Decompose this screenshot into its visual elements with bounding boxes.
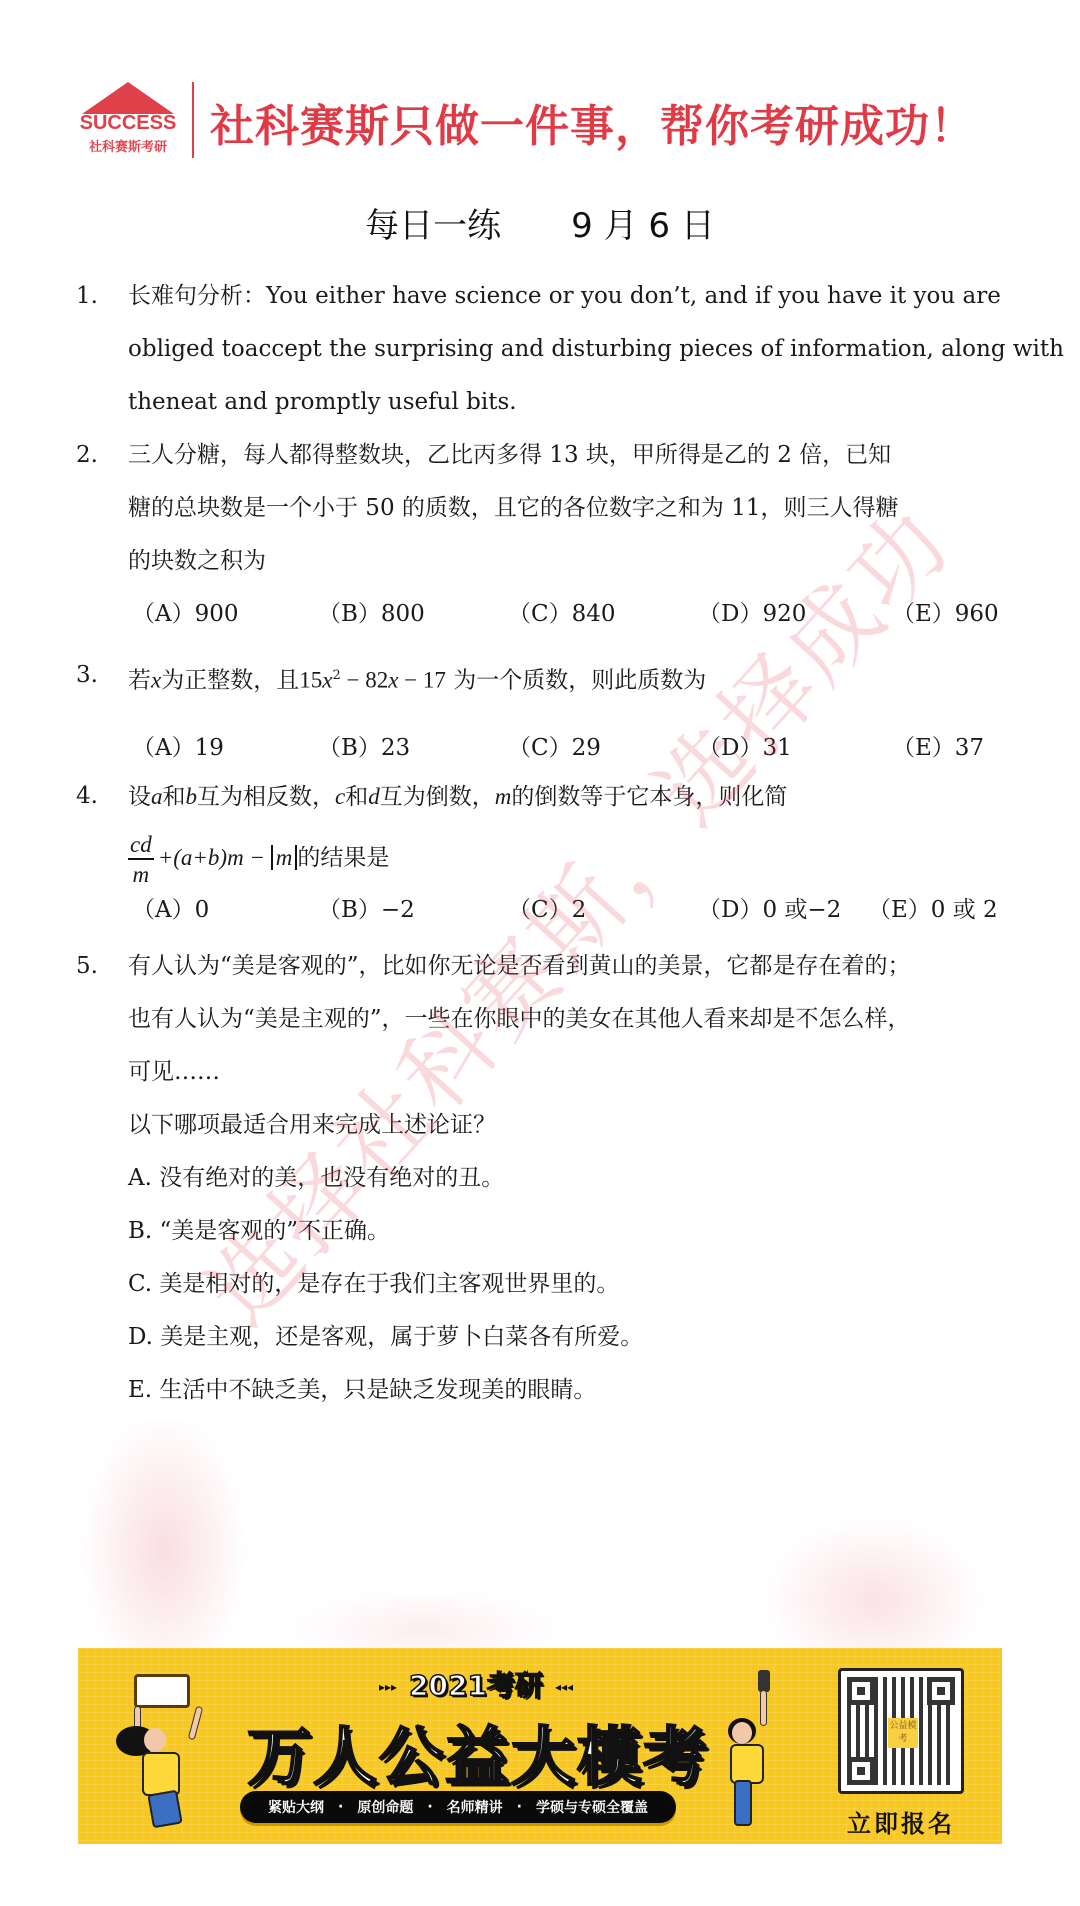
fraction: cdm <box>128 833 154 886</box>
answer-options: （A）19 （B）23 （C）29 （D）31 （E）37 <box>132 722 1016 775</box>
question-text-line: 糖的总块数是一个小于 50 的质数，且它的各位数字之和为 11，则三人得糖 <box>128 482 1016 535</box>
math-var: m <box>495 784 512 809</box>
question-prompt: 以下哪项最适合用来完成上述论证？ <box>128 1099 1016 1152</box>
option-e[interactable]: （E）960 <box>892 588 999 641</box>
phone-girl-illustration <box>718 1662 798 1838</box>
numerator: cd <box>128 833 154 860</box>
question-text-line: 可见…… <box>128 1046 1016 1099</box>
jumping-girl-illustration <box>114 1668 234 1838</box>
text: 若 <box>128 668 151 694</box>
qr-finder <box>927 1677 955 1705</box>
math-var: c <box>335 784 345 809</box>
math-var: d <box>368 784 380 809</box>
option-b[interactable]: （B）800 <box>318 588 508 641</box>
option-d[interactable]: （D）0 或−2 <box>698 884 868 937</box>
qr-pattern: 公益模考 <box>847 1677 955 1785</box>
arm <box>188 1706 204 1741</box>
math-var: a <box>151 784 163 809</box>
question-number: 5. <box>76 940 116 993</box>
question-5: 5. 有人认为“美是客观的”，比如你无论是否看到黄山的美景，它都是存在着的； 也… <box>76 940 1016 1417</box>
separator: · <box>338 1799 343 1815</box>
title-date: 9 月 6 日 <box>571 198 715 247</box>
math-coef: − 82 <box>341 668 388 693</box>
sign-icon <box>134 1674 190 1708</box>
text: 互为相反数， <box>197 784 335 810</box>
question-number: 1. <box>76 270 116 323</box>
math-coef: 15 <box>299 668 322 693</box>
absolute-value: m <box>271 845 298 870</box>
option-c[interactable]: （C）29 <box>508 722 698 775</box>
question-text-line: obliged toaccept the surprising and dist… <box>128 323 1016 376</box>
option-e[interactable]: （E）37 <box>892 722 984 775</box>
shirt <box>730 1744 764 1784</box>
option-d[interactable]: D. 美是主观，还是客观，属于萝卜白菜各有所爱。 <box>128 1311 1016 1364</box>
text: 互为倒数， <box>380 784 495 810</box>
pants <box>734 1780 752 1826</box>
phone-icon <box>758 1670 770 1692</box>
feature: 紧贴大纲 <box>268 1797 324 1817</box>
option-c[interactable]: （C）840 <box>508 588 698 641</box>
question-text-line: 长难句分析：You either have science or you don… <box>128 270 1016 323</box>
logo-text-en: SUCCESS <box>74 112 182 135</box>
text: 为一个质数，则此质数为 <box>446 668 706 694</box>
option-d[interactable]: （D）31 <box>698 722 892 775</box>
option-a[interactable]: A. 没有绝对的美，也没有绝对的丑。 <box>128 1152 1016 1205</box>
question-text-line: 若x为正整数，且15x2 − 82x − 17 为一个质数，则此质数为 <box>128 649 1016 708</box>
text: 和 <box>345 784 368 810</box>
question-number: 3. <box>76 649 116 702</box>
option-a[interactable]: （A）900 <box>132 588 318 641</box>
text: 的结果是 <box>297 845 389 871</box>
page-header: SUCCESS 社科赛斯考研 社科赛斯只做一件事，帮你考研成功！ <box>74 80 1014 160</box>
option-c[interactable]: C. 美是相对的，是存在于我们主客观世界里的。 <box>128 1258 1016 1311</box>
question-number: 2. <box>76 429 116 482</box>
head <box>732 1722 752 1744</box>
feature: 原创命题 <box>357 1797 413 1817</box>
text: 设 <box>128 784 151 810</box>
question-text-line: 的块数之积为 <box>128 535 1016 588</box>
logo-text-cn: 社科赛斯考研 <box>74 136 182 155</box>
qr-finder <box>847 1677 875 1705</box>
arrows-right-icon: ▸▸▸ <box>379 1680 397 1694</box>
header-divider <box>192 82 194 158</box>
option-e[interactable]: （E）0 或 2 <box>868 884 998 937</box>
option-b[interactable]: （B）−2 <box>318 884 508 937</box>
answer-options: （A）900 （B）800 （C）840 （D）920 （E）960 <box>132 588 1016 641</box>
option-d[interactable]: （D）920 <box>698 588 892 641</box>
slogan: 社科赛斯只做一件事，帮你考研成功！ <box>210 90 975 154</box>
decorative-splash <box>74 1420 1014 1650</box>
arrows-left-icon: ◂◂◂ <box>555 1680 573 1694</box>
option-a[interactable]: （A）19 <box>132 722 318 775</box>
question-4: 4. 设a和b互为相反数，c和d互为倒数，m的倒数等于它本身，则化简 cdm+(… <box>76 770 1016 937</box>
qr-code[interactable]: 公益模考 <box>838 1668 964 1794</box>
denominator: m <box>128 860 154 886</box>
arm <box>760 1690 767 1726</box>
feature: 学硕与专硕全覆盖 <box>536 1797 648 1817</box>
math-const: − 17 <box>398 668 445 693</box>
question-text-line: 也有人认为“美是主观的”，一些在你眼中的美女在其他人看来却是不怎么样， <box>128 993 1016 1046</box>
question-2: 2. 三人分糖，每人都得整数块，乙比丙多得 13 块，甲所得是乙的 2 倍，已知… <box>76 429 1016 641</box>
math-var: x <box>151 668 161 693</box>
text: 为正整数，且 <box>161 668 299 694</box>
roof-icon <box>82 82 174 114</box>
feature: 名师精讲 <box>447 1797 503 1817</box>
register-button[interactable]: 立即报名 <box>838 1804 964 1839</box>
separator: · <box>517 1799 522 1815</box>
option-b[interactable]: B. “美是客观的”不正确。 <box>128 1205 1016 1258</box>
question-text-line: 设a和b互为相反数，c和d互为倒数，m的倒数等于它本身，则化简 <box>128 770 1016 824</box>
separator: · <box>427 1799 432 1815</box>
text: 和 <box>163 784 186 810</box>
text: 的倒数等于它本身，则化简 <box>511 784 787 810</box>
head <box>144 1728 166 1752</box>
promo-banner[interactable]: ▸▸▸2021考研◂◂◂ 万人公益大模考 紧贴大纲· 原创命题· 名师精讲· 学… <box>78 1648 1002 1844</box>
question-text-line: theneat and promptly useful bits. <box>128 376 1016 429</box>
qr-center-label: 公益模考 <box>888 1718 918 1748</box>
banner-features: 紧贴大纲· 原创命题· 名师精讲· 学硕与专硕全覆盖 <box>240 1791 676 1823</box>
math-var: x <box>322 668 332 693</box>
option-c[interactable]: （C）2 <box>508 884 698 937</box>
option-a[interactable]: （A）0 <box>132 884 318 937</box>
math-var: x <box>388 668 398 693</box>
question-number: 4. <box>76 770 116 823</box>
question-text-line: 有人认为“美是客观的”，比如你无论是否看到黄山的美景，它都是存在着的； <box>128 940 1016 993</box>
success-logo: SUCCESS 社科赛斯考研 <box>74 80 182 160</box>
math-exponent: 2 <box>332 668 340 683</box>
option-b[interactable]: （B）23 <box>318 722 508 775</box>
pants <box>147 1790 182 1829</box>
banner-subtitle: ▸▸▸2021考研◂◂◂ <box>326 1664 626 1704</box>
page-title: 每日一练9 月 6 日 <box>0 198 1080 247</box>
title-label: 每日一练 <box>365 198 501 247</box>
formula-line: cdm+(a+b)m − m的结果是 <box>128 824 1016 892</box>
question-1: 1. 长难句分析：You either have science or you … <box>76 270 1016 429</box>
question-3: 3. 若x为正整数，且15x2 − 82x − 17 为一个质数，则此质数为 （… <box>76 649 1016 775</box>
banner-headline: 万人公益大模考 <box>238 1706 718 1798</box>
answer-options: （A）0 （B）−2 （C）2 （D）0 或−2 （E）0 或 2 <box>132 884 1016 937</box>
qr-finder <box>847 1757 875 1785</box>
subtitle-text: 2021考研 <box>409 1669 543 1702</box>
option-e[interactable]: E. 生活中不缺乏美，只是缺乏发现美的眼睛。 <box>128 1364 1016 1417</box>
math-var: b <box>186 784 198 809</box>
formula-middle: +(a+b)m − <box>158 845 271 870</box>
question-text-line: 三人分糖，每人都得整数块，乙比丙多得 13 块，甲所得是乙的 2 倍，已知 <box>128 429 1016 482</box>
